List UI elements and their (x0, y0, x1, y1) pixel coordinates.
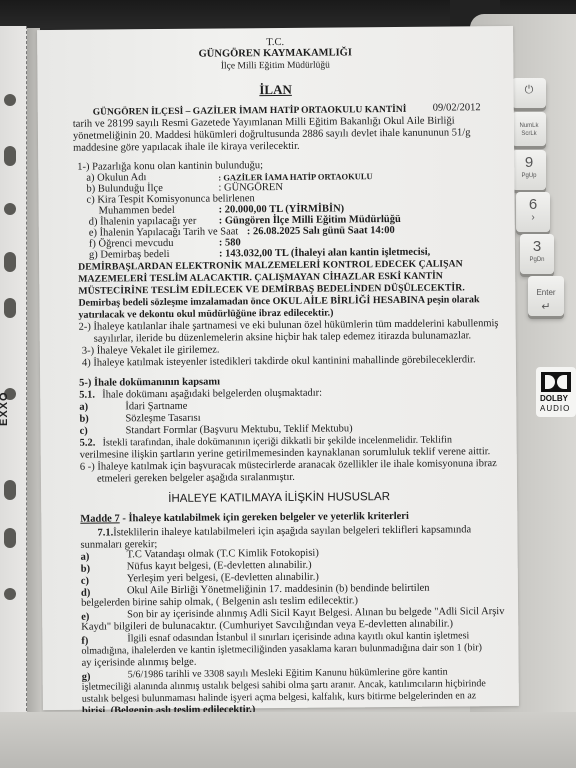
punch-hole (4, 480, 16, 500)
section6-cont: etmeleri gereken belgeler aşağıda sırala… (97, 472, 295, 486)
intro-line: maddesine göre yapılacak ihale ile kiray… (73, 141, 300, 155)
dolby-logo-icon (541, 372, 571, 392)
list-label: b) (81, 564, 90, 576)
key-sublabel: PgUp (512, 173, 546, 179)
punch-hole (4, 298, 16, 318)
s51-text: İhale dokümanı aşağıdaki belgelerden olu… (102, 388, 322, 402)
dolby-audio-sticker: DOLBYAUDIO (536, 367, 576, 417)
list-label: b) (79, 414, 88, 426)
audio-text: AUDIO (540, 404, 570, 413)
subtitle: İHALEYE KATILMAYA İLİŞKİN HUSUSLAR (41, 490, 517, 506)
key-6: 6› (516, 192, 550, 232)
list-item-cont: olmadığına, ihalelerden ve kantin işletm… (81, 642, 482, 657)
key-label: Enter (528, 285, 564, 300)
punch-hole (4, 588, 16, 600)
list-label: a) (79, 402, 88, 414)
key-label: NumLk ScrLk (512, 122, 546, 138)
sheet-protector-margin: EXXO (0, 26, 27, 716)
punch-hole (4, 528, 16, 548)
punch-hole (4, 252, 16, 272)
list-label: a) (81, 552, 90, 564)
dolby-text: DOLBY (540, 394, 568, 403)
key-sublabel: › (516, 212, 550, 223)
intro-date: 09/02/2012 (433, 102, 481, 114)
list-item: Sözleşme Tasarısı (125, 413, 200, 426)
list-item: İdari Şartname (125, 401, 187, 414)
section2-cont: sayılırlar, ileride bu düzenlemelerin ak… (94, 330, 472, 345)
enter-arrow-icon: ↵ (528, 300, 564, 313)
key-label: 6 (516, 197, 550, 212)
sheet-protector-bottom (0, 712, 576, 768)
key-3-pgdn: 3PgDn (520, 234, 554, 274)
punch-hole (4, 146, 16, 166)
madde71: 7.1.İsteklilerin ihaleye katılabilmeleri… (97, 524, 471, 539)
s52-num: 5.2. (80, 438, 96, 450)
madde71-text: İsteklilerin ihaleye katılabilmeleri içi… (113, 524, 471, 538)
list-label: c) (81, 576, 89, 588)
s51-num: 5.1. (79, 390, 95, 402)
power-key: ⏻ (512, 78, 546, 108)
field-value: : 26.08.2025 Salı günü Saat 14:00 (247, 225, 395, 238)
list-item-cont: ay içerisinde alınmış belge. (82, 657, 197, 670)
key-label: 9 (512, 155, 546, 170)
announcement-document: T.C. GÜNGÖREN KAYMAKAMLIĞI İlçe Milli Eğ… (37, 26, 519, 710)
numlock-key: NumLk ScrLk (512, 112, 546, 146)
enter-key: Enter↵ (528, 276, 564, 316)
key-sublabel: PgDn (520, 257, 554, 263)
punch-hole (4, 94, 16, 106)
key-9-pgup: 9PgUp (512, 150, 546, 190)
power-icon: ⏻ (512, 83, 546, 98)
field-label: g) Demirbaş bedeli (89, 249, 170, 262)
punch-hole (4, 203, 16, 215)
madde7-heading: Madde 7 - İhaleye katılabilmek için gere… (80, 511, 409, 526)
list-item-cont: ustalık belgesi bulunmaması halinde işye… (82, 690, 476, 705)
key-label: 3 (520, 239, 554, 254)
madde7-title: - İhaleye katılabilmek için gereken belg… (120, 511, 409, 525)
madde7-label: Madde 7 (80, 513, 119, 524)
binder-brand: EXXO (0, 391, 10, 426)
page-title: İLAN (38, 82, 514, 98)
list-label: c) (79, 426, 87, 438)
madde71-num: 7.1. (97, 527, 113, 538)
section4: 4) İhaleye katılmak isteyenler istedikle… (82, 354, 476, 369)
